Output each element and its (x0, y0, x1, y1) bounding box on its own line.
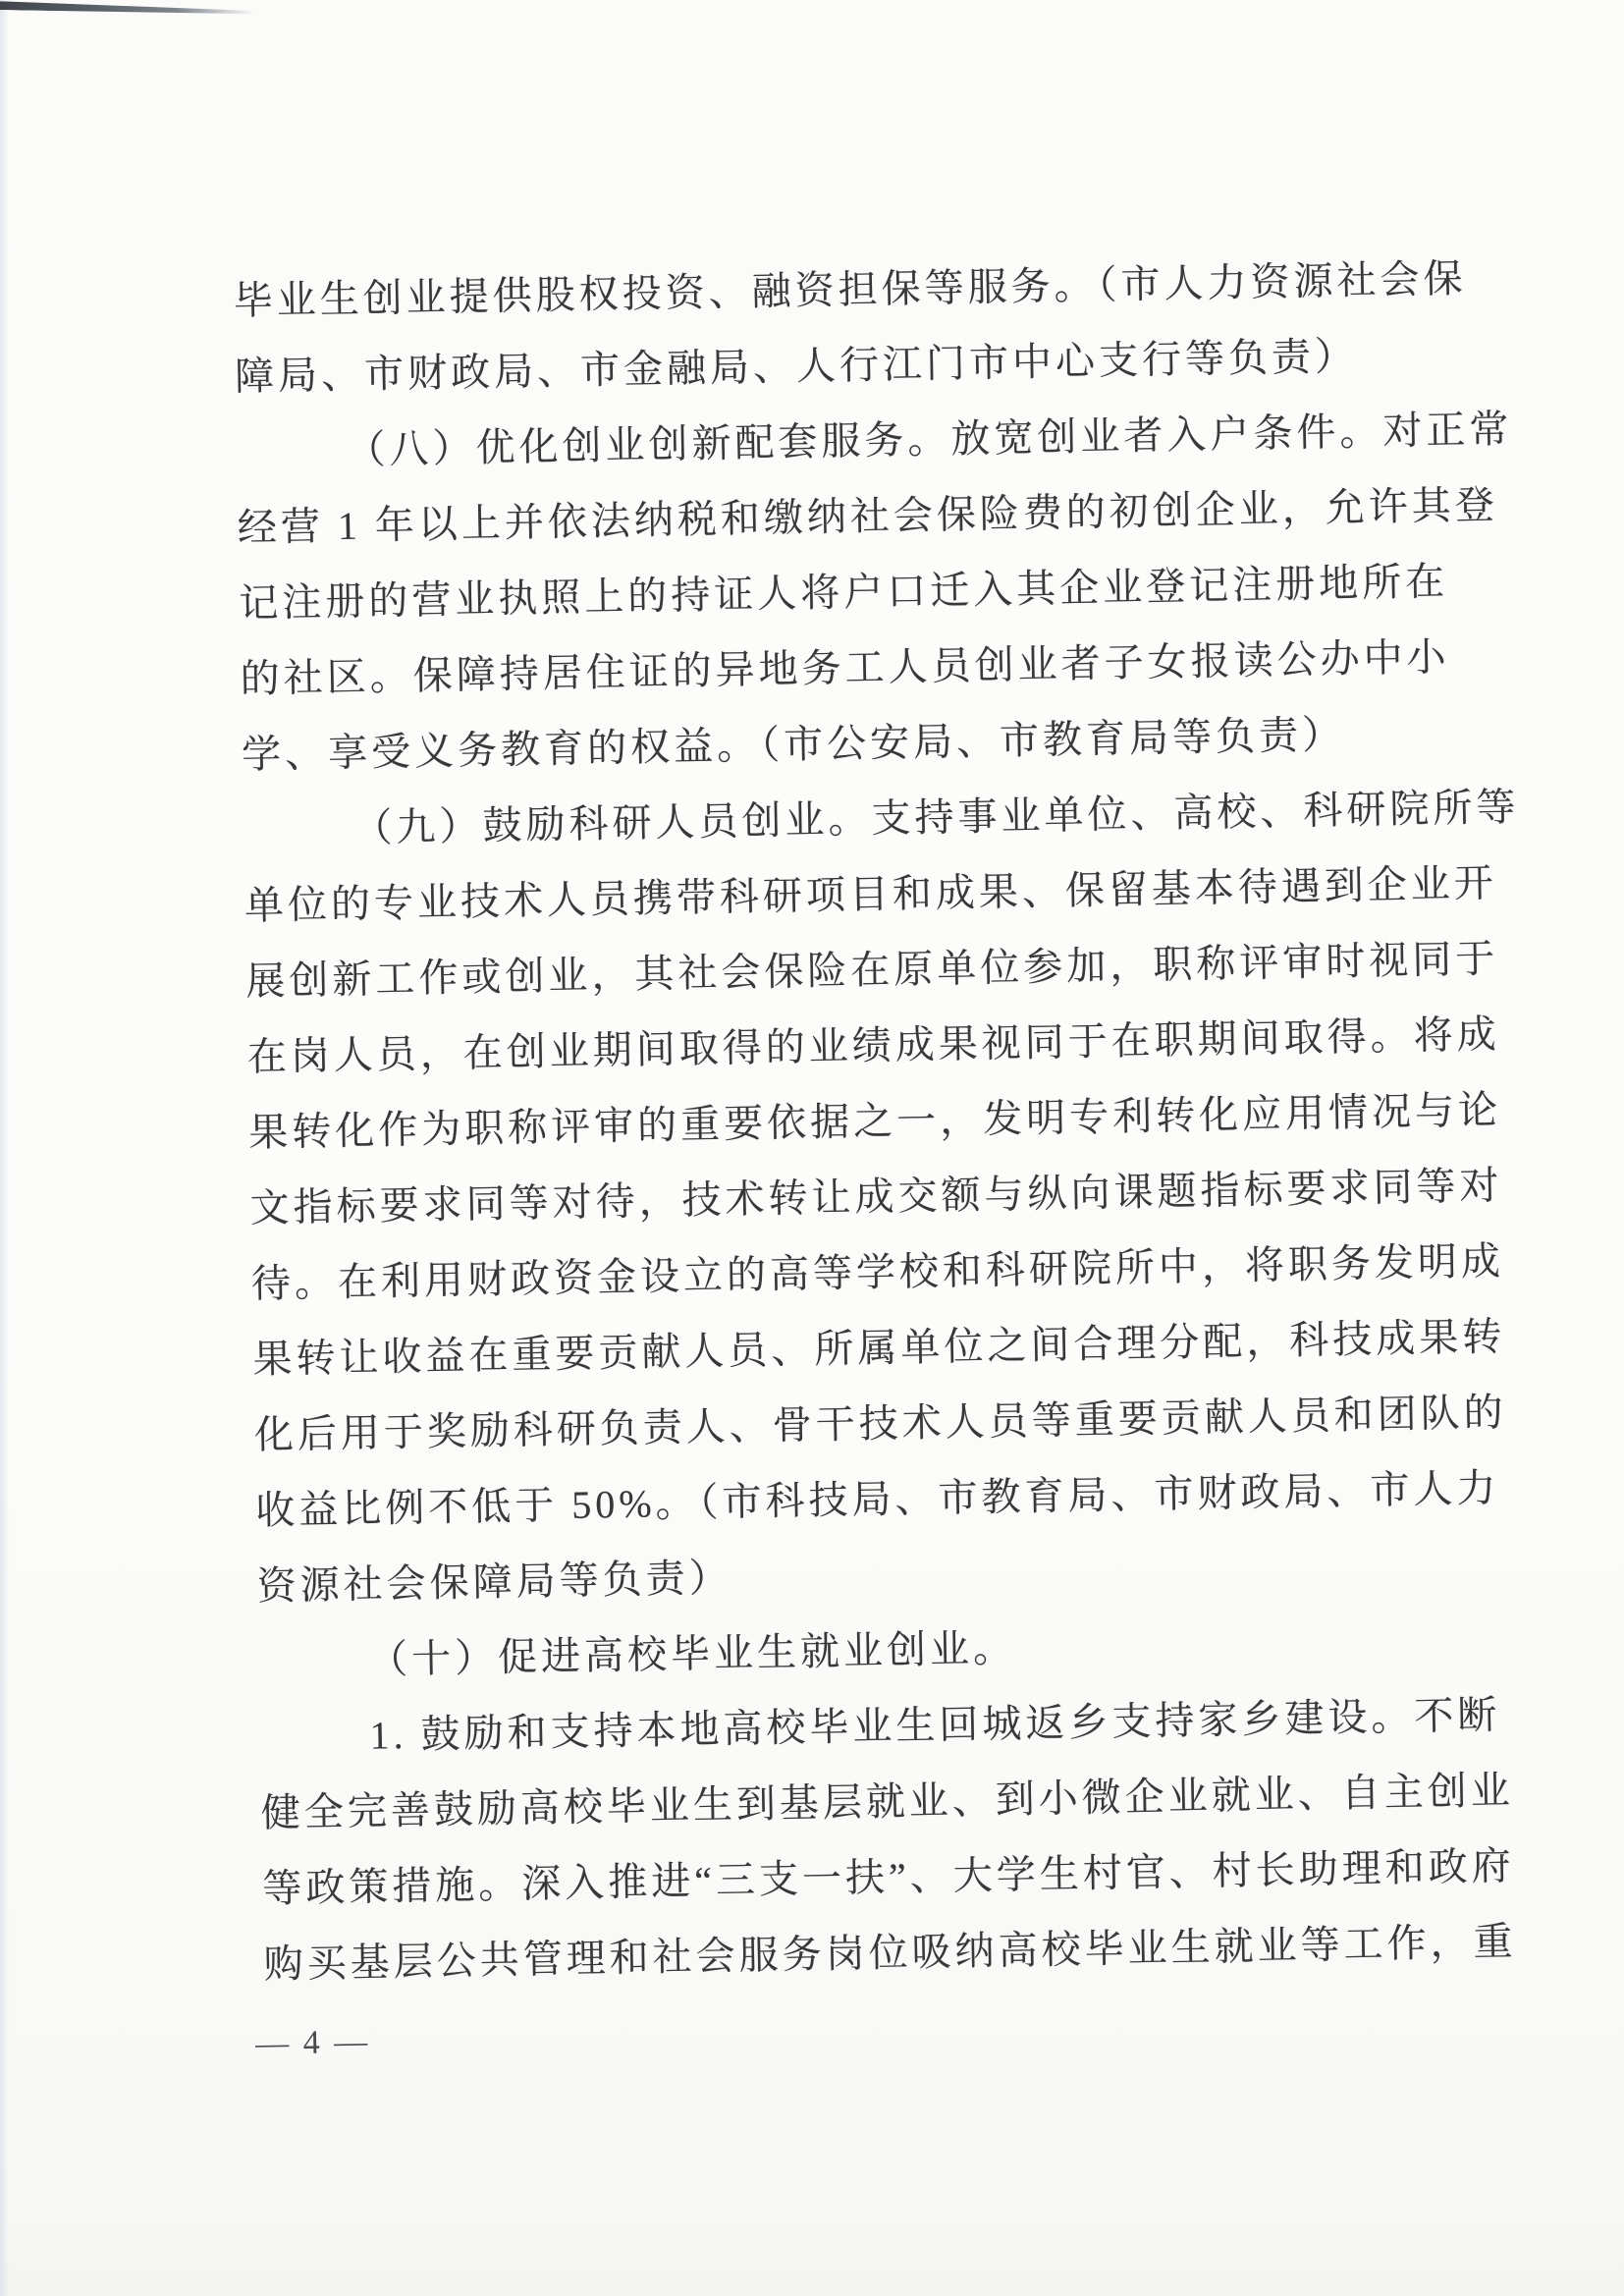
scan-edge-shading (0, 0, 9, 2296)
scan-artifact-top-left (0, 1, 254, 15)
document-body: 毕业生创业提供股权投资、融资担保等服务。（市人力资源社会保 障局、市财政局、市金… (233, 240, 1532, 2062)
page-number: — 4 — (255, 2002, 1532, 2063)
document-page: 毕业生创业提供股权投资、融资担保等服务。（市人力资源社会保 障局、市财政局、市金… (0, 0, 1624, 2296)
